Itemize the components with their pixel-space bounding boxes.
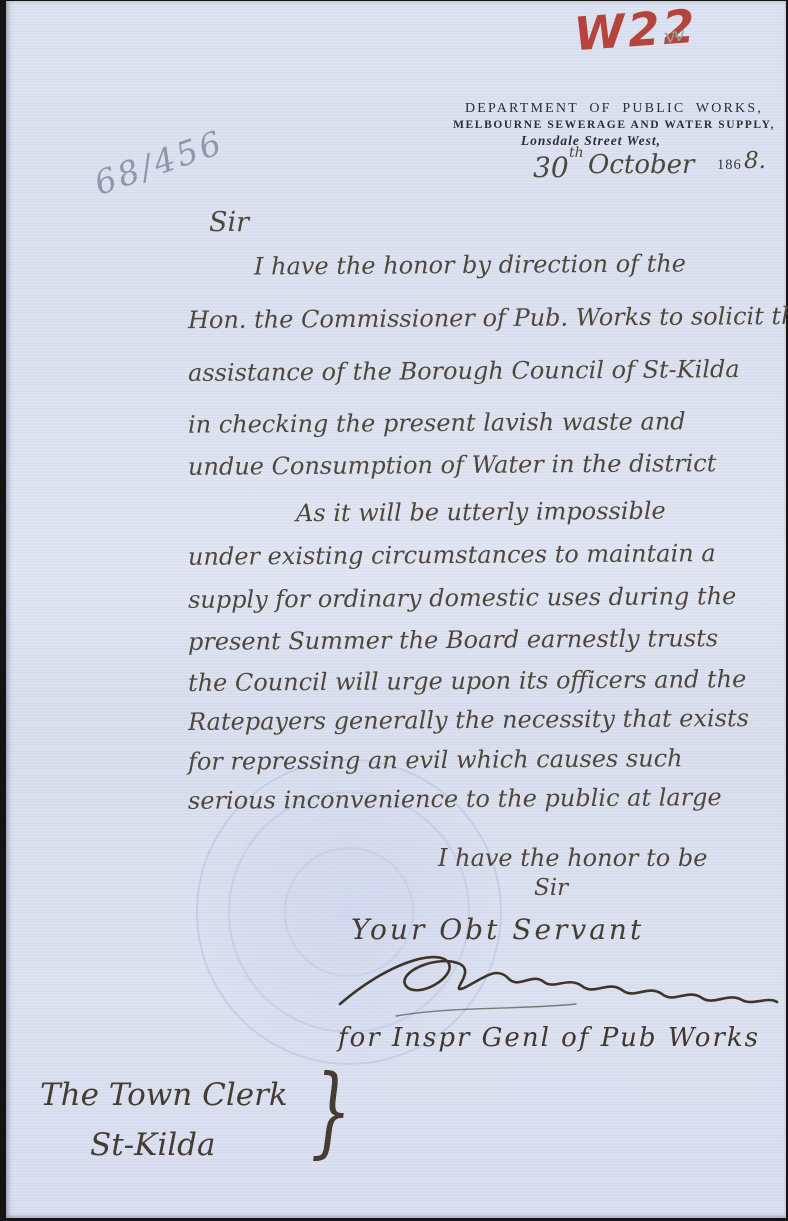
closing-line: Sir xyxy=(534,875,568,901)
addressee-name: The Town Clerk xyxy=(40,1077,288,1113)
closing-line: I have the honor to be xyxy=(438,844,707,872)
letter-line: Hon. the Commissioner of Pub. Works to s… xyxy=(188,302,788,334)
salutation: Sir xyxy=(209,207,249,238)
letter-line: I have the honor by direction of the xyxy=(254,249,686,280)
letter-line: undue Consumption of Water in the distri… xyxy=(188,449,717,481)
date-ordinal: th xyxy=(569,145,584,161)
letter-line: present Summer the Board earnestly trust… xyxy=(188,624,718,656)
date-year-digit: 8. xyxy=(744,148,766,174)
addressee-place: St-Kilda xyxy=(90,1127,215,1163)
letter-line: serious inconvenience to the public at l… xyxy=(188,783,722,815)
date-month: October xyxy=(588,150,694,180)
letterhead-address: Lonsdale Street West, xyxy=(446,133,736,149)
date-day: 30 xyxy=(533,151,569,184)
letter-paper: W22 vv 68/456 DEPARTMENT OF PUBLIC WORKS… xyxy=(6,1,786,1218)
signature-role: for Inspr Genl of Pub Works xyxy=(338,1023,760,1053)
scanned-letter-page: { "annotations": { "file_mark": "W22", "… xyxy=(0,0,788,1221)
date-year-printed: 186 xyxy=(717,157,742,174)
signature-scrawl xyxy=(336,946,781,1028)
letter-line: supply for ordinary domestic uses during… xyxy=(188,582,736,614)
closing-line: Your Obt Servant xyxy=(351,913,644,946)
letter-line: Ratepayers generally the necessity that … xyxy=(188,704,749,736)
letterhead-department: DEPARTMENT OF PUBLIC WORKS, xyxy=(446,101,782,117)
letter-line: As it will be utterly impossible xyxy=(296,497,666,528)
letter-line: the Council will urge upon its officers … xyxy=(188,665,746,697)
addressee-brace: } xyxy=(311,1063,352,1161)
pencil-squiggle-mark: vv xyxy=(662,22,684,49)
letter-line: in checking the present lavish waste and xyxy=(188,407,686,438)
letterhead: DEPARTMENT OF PUBLIC WORKS, MELBOURNE SE… xyxy=(446,101,782,149)
registration-number: 68/456 xyxy=(89,122,229,203)
letter-line: assistance of the Borough Council of St-… xyxy=(188,355,740,387)
letterhead-division: MELBOURNE SEWERAGE AND WATER SUPPLY, xyxy=(446,119,782,131)
letter-line: for repressing an evil which causes such xyxy=(188,744,683,775)
letter-line: under existing circumstances to maintain… xyxy=(188,539,716,571)
